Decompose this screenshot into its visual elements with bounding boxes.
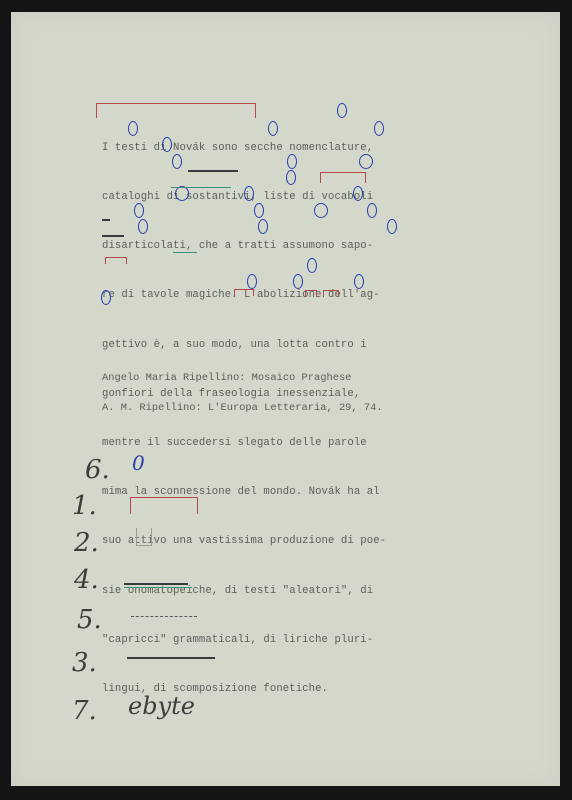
- red-bracket-mark: [234, 289, 254, 296]
- blue-circle-mark: [268, 121, 278, 136]
- blue-circle-mark: [353, 186, 363, 201]
- blue-circle-mark: [254, 203, 264, 218]
- blue-circle-mark: [337, 103, 347, 118]
- legend-grey-box: [136, 528, 152, 546]
- blue-circle-mark: [162, 137, 172, 152]
- legend-number: 6.: [85, 455, 110, 485]
- text-line: disarticolati, che a tratti assumono sap…: [102, 238, 386, 254]
- underline-mark: [188, 170, 238, 172]
- blue-circle-mark: [293, 274, 303, 289]
- text-line: sie onomatopeiche, di testi "aleatori", …: [102, 583, 386, 599]
- legend-underline: [124, 583, 188, 585]
- reference-line: A. M. Ripellino: L'Europa Letteraria, 29…: [102, 402, 383, 414]
- legend-red-bracket: [130, 497, 198, 514]
- blue-circle-mark: [128, 121, 138, 136]
- red-bracket-mark: [305, 290, 317, 297]
- blue-circle-mark: [247, 274, 257, 289]
- blue-circle-mark: [287, 154, 297, 169]
- blue-circle-mark: [244, 186, 254, 201]
- reference-line: Angelo Maria Ripellino: Mosaico Praghese: [102, 372, 351, 384]
- green-underline-mark: [173, 252, 197, 253]
- blue-circle-mark: [359, 154, 373, 169]
- underline-mark: [102, 235, 124, 237]
- legend-sample-text: 0: [132, 451, 145, 475]
- legend-number: 2.: [74, 528, 99, 558]
- red-bracket-mark: [105, 257, 127, 264]
- text-line: gonfiori della fraseologia inessenziale,: [102, 386, 386, 402]
- text-line: mentre il succedersi slegato delle parol…: [102, 435, 386, 451]
- legend-number: 3.: [72, 648, 97, 678]
- blue-circle-mark: [258, 219, 268, 234]
- legend-number: 5.: [77, 605, 102, 635]
- red-bracket-mark: [320, 172, 366, 183]
- legend-handwritten-word: ebyte: [128, 692, 195, 720]
- blue-circle-mark: [387, 219, 397, 234]
- blue-circle-mark: [101, 290, 111, 305]
- blue-circle-mark: [367, 203, 377, 218]
- legend-solid-underline: [127, 657, 215, 659]
- blue-circle-mark: [138, 219, 148, 234]
- legend-green-underline: [124, 587, 192, 588]
- blue-circle-mark: [314, 203, 328, 218]
- blue-circle-mark: [134, 203, 144, 218]
- text-line: I testi di Novák sono secche nomenclatur…: [102, 140, 386, 156]
- blue-circle-mark: [374, 121, 384, 136]
- blue-circle-mark: [354, 274, 364, 289]
- text-line: gettivo è, a suo modo, una lotta contro …: [102, 337, 386, 353]
- legend-number: 7.: [72, 696, 97, 726]
- red-bracket-mark: [323, 290, 339, 297]
- text-line: "capricci" grammaticali, di liriche plur…: [102, 632, 386, 648]
- red-bracket-mark: [96, 103, 256, 118]
- blue-circle-mark: [307, 258, 317, 273]
- underline-mark: [102, 219, 110, 221]
- blue-circle-mark: [286, 170, 296, 185]
- blue-circle-mark: [172, 154, 182, 169]
- legend-number: 1.: [72, 491, 97, 521]
- legend-number: 4.: [74, 565, 99, 595]
- green-underline-mark: [171, 187, 231, 188]
- legend-dashed-line: [131, 616, 197, 617]
